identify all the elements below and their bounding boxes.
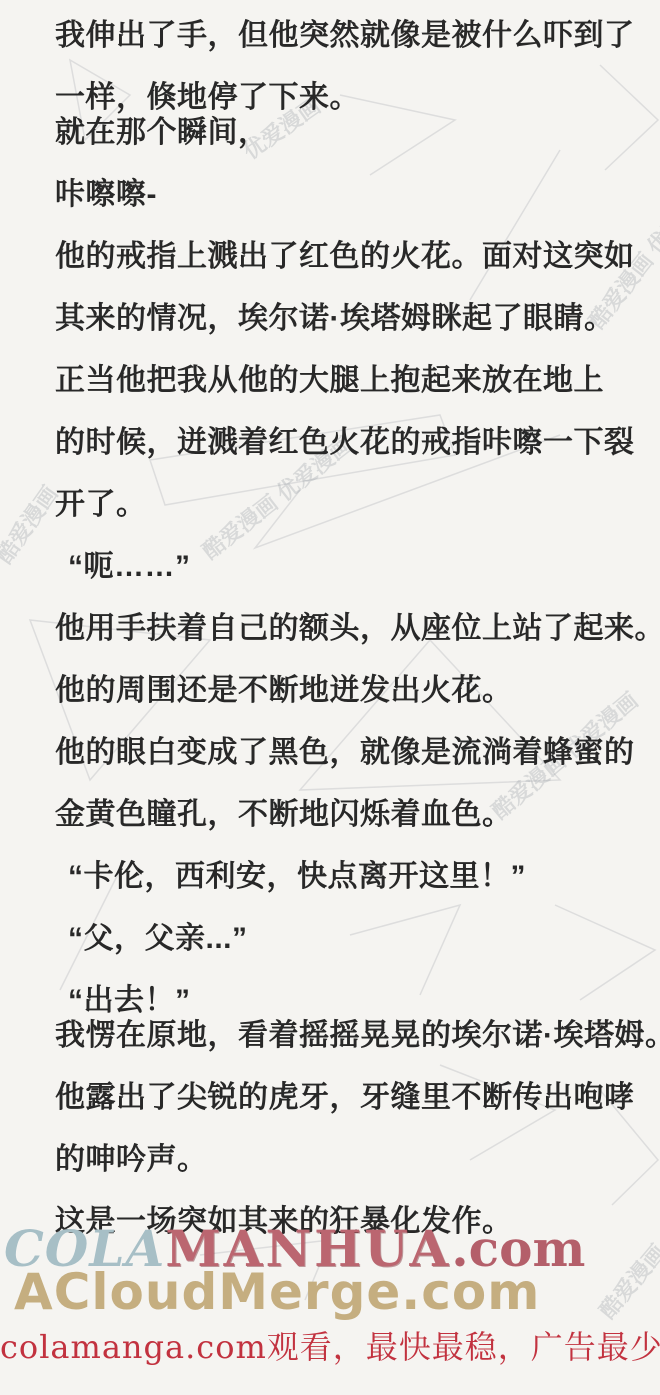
story-line-20: 的呻吟声。 bbox=[55, 1140, 652, 1180]
story-line-11: 他用手扶着自己的额头，从座位上站了起来。 bbox=[55, 609, 652, 649]
story-line-17: “出去！” bbox=[55, 981, 652, 1021]
footer-promo-text: colamanga.com观看，最快最稳，广告最少 bbox=[0, 1326, 660, 1368]
story-line-9: 开了。 bbox=[55, 485, 652, 525]
story-text: 我伸出了手，但他突然就像是被什么吓到了一样，倏地停了下来。就在那个瞬间，咔嚓嚓-… bbox=[0, 16, 660, 1242]
story-line-18: 我愣在原地，看着摇摇晃晃的埃尔诺·埃塔姆。 bbox=[55, 1016, 652, 1056]
story-line-13: 他的眼白变成了黑色，就像是流淌着蜂蜜的 bbox=[55, 733, 652, 773]
story-line-1: 我伸出了手，但他突然就像是被什么吓到了 bbox=[55, 16, 652, 56]
story-line-14: 金黄色瞳孔，不断地闪烁着血色。 bbox=[55, 795, 652, 835]
watermark-acloudmerge: ACloudMerge.com bbox=[14, 1266, 660, 1318]
story-line-16: “父，父亲...” bbox=[55, 919, 652, 959]
manga-text-page: 我伸出了手，但他突然就像是被什么吓到了一样，倏地停了下来。就在那个瞬间，咔嚓嚓-… bbox=[0, 0, 660, 1395]
story-line-10: “呃……” bbox=[55, 547, 652, 587]
story-line-12: 他的周围还是不断地迸发出火花。 bbox=[55, 671, 652, 711]
story-line-19: 他露出了尖锐的虎牙，牙缝里不断传出咆哮 bbox=[55, 1078, 652, 1118]
story-line-2: 一样，倏地停了下来。 bbox=[55, 78, 652, 118]
story-line-15: “卡伦，西利安，快点离开这里！” bbox=[55, 857, 652, 897]
story-line-5: 他的戒指上溅出了红色的火花。面对这突如 bbox=[55, 237, 652, 277]
story-line-7: 正当他把我从他的大腿上抱起来放在地上 bbox=[55, 361, 652, 401]
story-line-3: 就在那个瞬间， bbox=[55, 113, 652, 153]
story-line-8: 的时候，迸溅着红色火花的戒指咔嚓一下裂 bbox=[55, 423, 652, 463]
story-line-6: 其来的情况，埃尔诺·埃塔姆眯起了眼睛。 bbox=[55, 299, 652, 339]
story-line-4: 咔嚓嚓- bbox=[55, 175, 652, 215]
